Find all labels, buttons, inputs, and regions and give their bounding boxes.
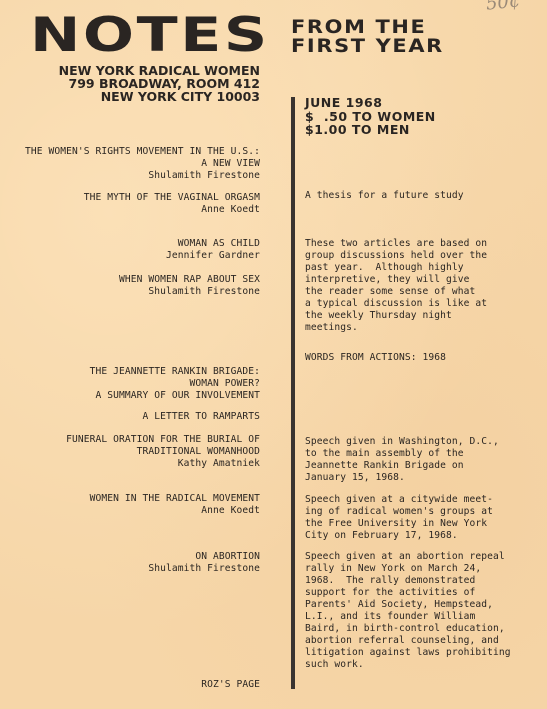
toc-entry: WOMEN IN THE RADICAL MOVEMENT Anne Koedt [0, 493, 260, 517]
subtitle-line: FIRST YEAR [291, 37, 444, 56]
organization-city: NEW YORK CITY 10003 [4, 90, 260, 103]
note-line: Baird, in birth-control education, [305, 623, 545, 635]
toc-entry: WOMAN AS CHILD Jennifer Gardner [0, 238, 260, 262]
note-line: City on February 17, 1968. [305, 530, 545, 542]
entry-title: A SUMMARY OF OUR INVOLVEMENT [0, 390, 260, 402]
toc-entry: THE MYTH OF THE VAGINAL ORGASM Anne Koed… [0, 192, 260, 216]
note-line: L.I., and its founder William [305, 611, 545, 623]
section-heading: WORDS FROM ACTIONS: 1968 [305, 352, 545, 364]
price-women: $ .50 TO WOMEN [305, 110, 436, 124]
note-line: Speech given at an abortion repeal [305, 551, 545, 563]
note-line: a typical discussion is like at [305, 298, 545, 310]
toc-entry: A LETTER TO RAMPARTS [0, 411, 260, 423]
note-line: the weekly Thursday night [305, 310, 545, 322]
note-line: These two articles are based on [305, 238, 545, 250]
organization-address: NEW YORK RADICAL WOMEN 799 BROADWAY, ROO… [4, 64, 260, 103]
note-line: to the main assembly of the [305, 448, 545, 460]
entry-author: Kathy Amatniek [0, 458, 260, 470]
note-line: 1968. The rally demonstrated [305, 575, 545, 587]
toc-entry: ON ABORTION Shulamith Firestone [0, 551, 260, 575]
entry-title: ON ABORTION [0, 551, 260, 563]
entry-title: ROZ'S PAGE [0, 679, 260, 691]
toc-entry: WHEN WOMEN RAP ABOUT SEX Shulamith Fires… [0, 274, 260, 298]
entry-author: Anne Koedt [0, 505, 260, 517]
note-line: meetings. [305, 322, 545, 334]
note-line: the Free University in New York [305, 518, 545, 530]
entry-note: Speech given at an abortion repeal rally… [305, 551, 545, 671]
note-line: Jeannette Rankin Brigade on [305, 460, 545, 472]
entry-title: THE JEANNETTE RANKIN BRIGADE: [0, 366, 260, 378]
masthead-title: NOTES [30, 12, 270, 59]
entry-author: Jennifer Gardner [0, 250, 260, 262]
entry-title: WOMEN IN THE RADICAL MOVEMENT [0, 493, 260, 505]
note-line: January 15, 1968. [305, 472, 545, 484]
toc-entry: THE JEANNETTE RANKIN BRIGADE: WOMAN POWE… [0, 366, 260, 402]
note-line: abortion referral counseling, and [305, 635, 545, 647]
price-men: $1.00 TO MEN [305, 123, 436, 137]
entry-title: TRADITIONAL WOMANHOOD [0, 446, 260, 458]
note-line: group discussions held over the [305, 250, 545, 262]
entry-title: A NEW VIEW [0, 158, 260, 170]
note-line: interpretive, they will give [305, 274, 545, 286]
entry-note: Speech given in Washington, D.C., to the… [305, 436, 545, 484]
note-line: Speech given at a citywide meet- [305, 494, 545, 506]
note-line: rally in New York on March 24, [305, 563, 545, 575]
note-line: litigation against laws prohibiting [305, 647, 545, 659]
issue-date: JUNE 1968 [305, 96, 436, 110]
note-line: Speech given in Washington, D.C., [305, 436, 545, 448]
entry-title: FUNERAL ORATION FOR THE BURIAL OF [0, 434, 260, 446]
note-line: such work. [305, 659, 545, 671]
entry-author: Shulamith Firestone [0, 170, 260, 182]
note-line: past year. Although highly [305, 262, 545, 274]
note-line: A thesis for a future study [305, 190, 545, 202]
note-line: the reader some sense of what [305, 286, 545, 298]
entry-title: WOMAN AS CHILD [0, 238, 260, 250]
entry-note: Speech given at a citywide meet- ing of … [305, 494, 545, 542]
note-line: support for the activities of [305, 587, 545, 599]
entry-title: THE WOMEN'S RIGHTS MOVEMENT IN THE U.S.: [0, 146, 260, 158]
handwritten-price: 50¢ [485, 0, 521, 15]
vertical-divider [291, 97, 295, 689]
toc-entry: FUNERAL ORATION FOR THE BURIAL OF TRADIT… [0, 434, 260, 470]
entry-note: A thesis for a future study [305, 190, 545, 202]
toc-entry: THE WOMEN'S RIGHTS MOVEMENT IN THE U.S.:… [0, 146, 260, 182]
issue-info: JUNE 1968 $ .50 TO WOMEN $1.00 TO MEN [305, 96, 436, 137]
entry-author: Anne Koedt [0, 204, 260, 216]
entry-author: Shulamith Firestone [0, 286, 260, 298]
entry-note: These two articles are based on group di… [305, 238, 545, 334]
toc-entry: ROZ'S PAGE [0, 679, 260, 691]
entry-title: WOMAN POWER? [0, 378, 260, 390]
note-line: Parents' Aid Society, Hempstead, [305, 599, 545, 611]
note-line: ing of radical women's groups at [305, 506, 545, 518]
section-heading-text: WORDS FROM ACTIONS: 1968 [305, 352, 545, 364]
entry-title: A LETTER TO RAMPARTS [0, 411, 260, 423]
entry-title: THE MYTH OF THE VAGINAL ORGASM [0, 192, 260, 204]
entry-title: WHEN WOMEN RAP ABOUT SEX [0, 274, 260, 286]
entry-author: Shulamith Firestone [0, 563, 260, 575]
masthead-subtitle: FROM THE FIRST YEAR [291, 18, 444, 56]
